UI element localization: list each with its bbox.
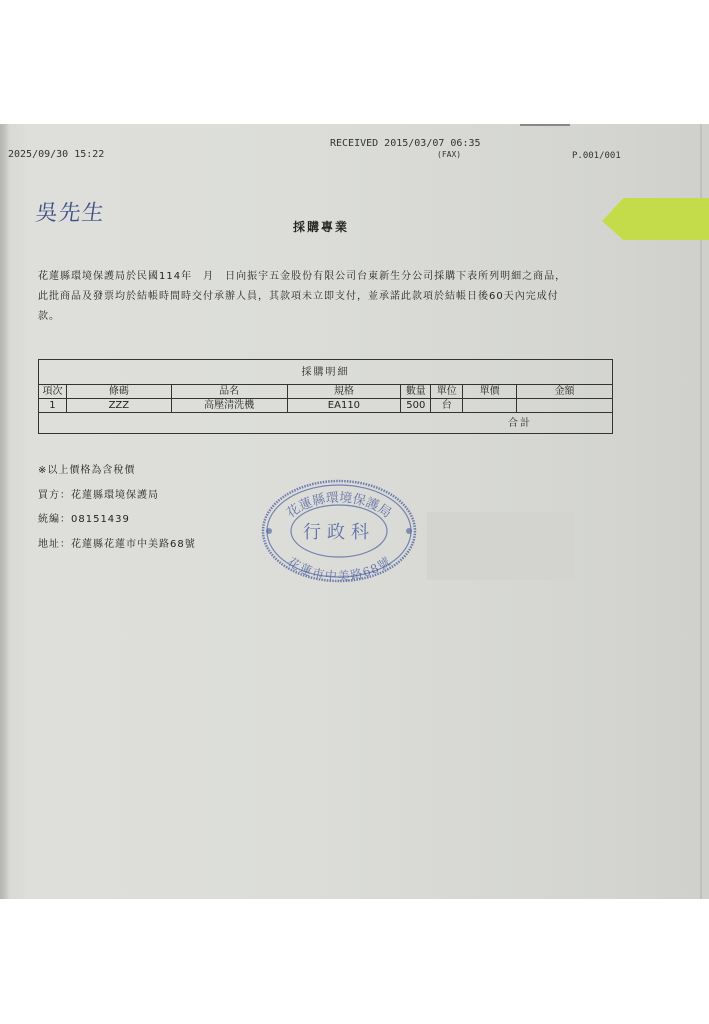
cell-spec: EA110 <box>287 399 401 413</box>
stamp-top-text: 花蓮縣環境保護局 <box>284 490 394 522</box>
body-line: 此批商品及發票均於結帳時間時交付承辦人員，其款項未立即支付，並承諾此款項於結帳日… <box>38 287 613 307</box>
fax-sent-datetime: 2025/09/30 15:22 <box>8 149 104 160</box>
stamp-center-text: 行政科 <box>303 522 375 543</box>
document-body: 花蓮縣環境保護局於民國114年 月 日向振宇五金股份有限公司台東新生分公司採購下… <box>38 267 613 327</box>
address-line: 地址：花蓮縣花蓮市中美路68號 <box>38 533 196 558</box>
document-title: 採購專業 <box>293 218 349 235</box>
table-header-row: 項次 條碼 品名 規格 數量 單位 單價 金額 <box>39 385 613 399</box>
header-unit: 單位 <box>431 385 463 399</box>
svg-text:花蓮縣環境保護局: 花蓮縣環境保護局 <box>284 490 394 522</box>
stamp-bottom-text: 花蓮市中美路68號 <box>285 554 393 584</box>
header-item-no: 項次 <box>39 385 67 399</box>
table-row: 1 ZZZ 高壓清洗機 EA110 500 台 <box>39 399 613 413</box>
cell-barcode: ZZZ <box>66 399 171 413</box>
tax-id-line: 統編：08151439 <box>38 508 196 533</box>
cell-product-name: 高壓清洗機 <box>171 399 287 413</box>
fax-page-number: P.001/001 <box>572 151 621 161</box>
table-caption: 採購明細 <box>39 360 613 385</box>
official-seal-stamp: 花蓮縣環境保護局 花蓮市中美路68號 行政科 <box>260 478 418 584</box>
sticky-tab-flag <box>602 198 709 240</box>
tax-note: ※以上價格為含稅價 <box>38 459 196 484</box>
buyer-line: 買方：花蓮縣環境保護局 <box>38 484 196 509</box>
cell-unit: 台 <box>431 399 463 413</box>
cell-quantity: 500 <box>401 399 431 413</box>
body-line: 花蓮縣環境保護局於民國114年 月 日向振宇五金股份有限公司台東新生分公司採購下… <box>38 267 613 287</box>
header-unit-price: 單價 <box>463 385 517 399</box>
cell-unit-price <box>463 399 517 413</box>
fax-label: (FAX) <box>437 150 461 159</box>
stamp-flower-icon <box>406 528 412 534</box>
fax-received-stamp: RECEIVED 2015/03/07 06:35 <box>330 138 481 149</box>
svg-text:花蓮市中美路68號: 花蓮市中美路68號 <box>285 554 393 584</box>
cell-item-no: 1 <box>39 399 67 413</box>
header-quantity: 數量 <box>401 385 431 399</box>
table-total: 合計 <box>39 413 613 434</box>
paper-edge <box>700 124 702 899</box>
handwritten-note: 吳先生 <box>34 196 107 227</box>
body-line: 款。 <box>38 307 613 327</box>
header-barcode: 條碼 <box>66 385 171 399</box>
redacted-area <box>427 512 575 580</box>
paper-shadow <box>520 124 570 126</box>
header-amount: 金額 <box>517 385 613 399</box>
header-product-name: 品名 <box>171 385 287 399</box>
purchase-detail-table: 採購明細 項次 條碼 品名 規格 數量 單位 單價 金額 1 ZZZ 高壓清洗機… <box>38 359 613 434</box>
cell-amount <box>517 399 613 413</box>
header-spec: 規格 <box>287 385 401 399</box>
document-notes: ※以上價格為含稅價 買方：花蓮縣環境保護局 統編：08151439 地址：花蓮縣… <box>38 459 196 557</box>
stamp-flower-icon <box>266 528 272 534</box>
